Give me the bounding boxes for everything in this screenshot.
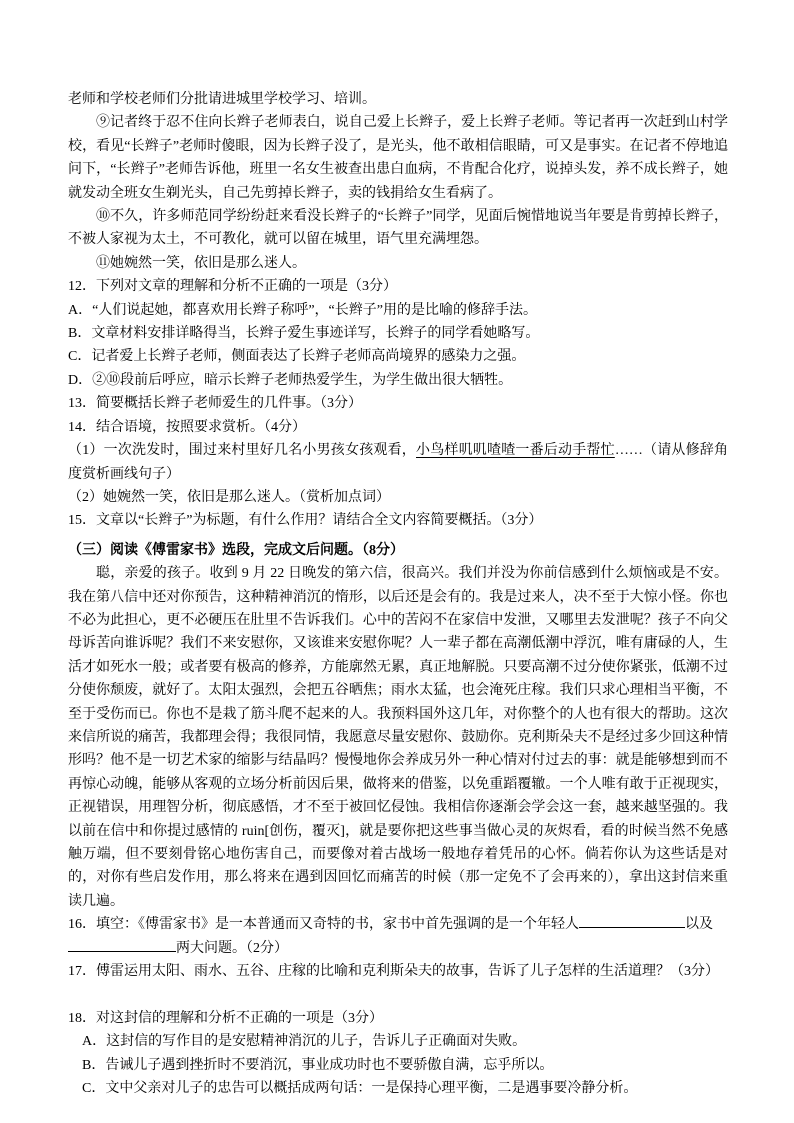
- text-run: C．记者爱上长辫子老师，侧面表达了长辫子老师高尚境界的感染力之强。: [68, 349, 525, 364]
- question-12-option-d: D．②⑩段前后呼应，暗示长辫子老师热爱学生，为学生做出很大牺牲。: [68, 369, 728, 392]
- text-run: B．文章材料安排详略得当，长辫子爱生事迹详写，长辫子的同学看她略写。: [68, 326, 539, 341]
- text-run: 12．下列对文章的理解和分析不正确的一项是（3分）: [68, 279, 397, 294]
- question-16-line-1: 16．填空：《傅雷家书》是一本普通而又奇特的书，家书中首先强调的是一个年轻人以及: [68, 913, 728, 936]
- text-run: 17．傅雷运用太阳、雨水、五谷、庄稼的比喻和克利斯朵夫的故事，告诉了儿子怎样的生…: [68, 964, 719, 979]
- text-run: 14．结合语境，按照要求赏析。（4分）: [68, 420, 306, 435]
- paragraph-11: ⑪她婉然一笑，依旧是那么迷人。: [68, 252, 728, 275]
- question-18: 18．对这封信的理解和分析不正确的一项是（3分）: [68, 1007, 728, 1030]
- text-run: 两大问题。（2分）: [176, 941, 288, 956]
- text-run: 老师和学校老师们分批请进城里学校学习、培训。: [68, 92, 376, 107]
- text-run: 以及: [685, 917, 713, 932]
- text-run: ⑨记者终于忍不住向长辫子老师表白，说自己爱上长辫子，爱上长辫子老师。等记者再一次…: [68, 115, 728, 200]
- text-run: 16．填空：《傅雷家书》是一本普通而又奇特的书，家书中首先强调的是一个年轻人: [68, 917, 579, 932]
- fill-in-blank-line: [579, 914, 685, 928]
- question-14: 14．结合语境，按照要求赏析。（4分）: [68, 416, 728, 439]
- text-run: A．“人们说起她，都喜欢用长辫子称呼”，“长辫子”用的是比喻的修辞手法。: [68, 303, 537, 318]
- text-run: （2）她婉然一笑，依旧是那么迷人。（赏析加点词）: [68, 490, 390, 505]
- question-14-part-1: （1）一次洗发时，围过来村里好几名小男孩女孩观看，小鸟样叽叽喳喳一番后动手帮忙……: [68, 439, 728, 486]
- question-14-part-2: （2）她婉然一笑，依旧是那么迷人。（赏析加点词）: [68, 486, 728, 509]
- question-18-option-a: A．这封信的写作目的是安慰精神消沉的儿子，告诉儿子正确面对失败。: [68, 1030, 728, 1053]
- underlined-text: 小鸟样叽叽喳喳一番后动手帮忙: [416, 443, 615, 458]
- text-run: ⑩不久，许多师范同学纷纷赶来看没长辫子的“长辫子”同学，见面后惋惜地说当年要是肯…: [68, 209, 728, 247]
- section-3-heading: （三）阅读《傅雷家书》选段，完成文后问题。（8分）: [68, 539, 728, 562]
- document-page: 老师和学校老师们分批请进城里学校学习、培训。⑨记者终于忍不住向长辫子老师表白，说…: [0, 0, 794, 1123]
- fulei-letter-paragraph: 聪，亲爱的孩子。收到 9 月 22 日晚发的第六信，很高兴。我们并没为你前信感到…: [68, 562, 728, 913]
- question-13: 13．简要概括长辫子老师爱生的几件事。（3分）: [68, 392, 728, 415]
- text-run: （三）阅读《傅雷家书》选段，完成文后问题。（8分）: [68, 543, 404, 558]
- question-12-option-b: B．文章材料安排详略得当，长辫子爱生事迹详写，长辫子的同学看她略写。: [68, 322, 728, 345]
- text-run: ⑪她婉然一笑，依旧是那么迷人。: [96, 256, 306, 271]
- question-15: 15．文章以“长辫子”为标题，有什么作用？请结合全文内容简要概括。（3分）: [68, 509, 728, 532]
- question-18-option-c: C．文中父亲对儿子的忠告可以概括成两句话：一是保持心理平衡，二是遇事要冷静分析。: [68, 1077, 728, 1100]
- question-12: 12．下列对文章的理解和分析不正确的一项是（3分）: [68, 275, 728, 298]
- text-run: B．告诫儿子遇到挫折时不要消沉，事业成功时也不要骄傲自满，忘乎所以。: [82, 1058, 553, 1073]
- text-run: C．文中父亲对儿子的忠告可以概括成两句话：一是保持心理平衡，二是遇事要冷静分析。: [82, 1081, 637, 1096]
- text-run: D．②⑩段前后呼应，暗示长辫子老师热爱学生，为学生做出很大牺牲。: [68, 373, 512, 388]
- blank-line: [68, 983, 728, 1006]
- question-12-option-c: C．记者爱上长辫子老师，侧面表达了长辫子老师高尚境界的感染力之强。: [68, 345, 728, 368]
- text-run: 18．对这封信的理解和分析不正确的一项是（3分）: [68, 1011, 383, 1026]
- paragraph-9: ⑨记者终于忍不住向长辫子老师表白，说自己爱上长辫子，爱上长辫子老师。等记者再一次…: [68, 111, 728, 205]
- question-17: 17．傅雷运用太阳、雨水、五谷、庄稼的比喻和克利斯朵夫的故事，告诉了儿子怎样的生…: [68, 960, 728, 983]
- question-18-option-b: B．告诫儿子遇到挫折时不要消沉，事业成功时也不要骄傲自满，忘乎所以。: [68, 1054, 728, 1077]
- page-content: 老师和学校老师们分批请进城里学校学习、培训。⑨记者终于忍不住向长辫子老师表白，说…: [68, 88, 728, 1100]
- text-run: （1）一次洗发时，围过来村里好几名小男孩女孩观看，: [68, 443, 416, 458]
- question-16-line-2: 两大问题。（2分）: [68, 937, 728, 960]
- text-run: 13．简要概括长辫子老师爱生的几件事。（3分）: [68, 396, 362, 411]
- text-run: 15．文章以“长辫子”为标题，有什么作用？请结合全文内容简要概括。（3分）: [68, 513, 542, 528]
- text-run: A．这封信的写作目的是安慰精神消沉的儿子，告诉儿子正确面对失败。: [82, 1034, 526, 1049]
- question-12-option-a: A．“人们说起她，都喜欢用长辫子称呼”，“长辫子”用的是比喻的修辞手法。: [68, 299, 728, 322]
- text-run: 聪，亲爱的孩子。收到 9 月 22 日晚发的第六信，很高兴。我们并没为你前信感到…: [68, 566, 728, 909]
- paragraph-10: ⑩不久，许多师范同学纷纷赶来看没长辫子的“长辫子”同学，见面后惋惜地说当年要是肯…: [68, 205, 728, 252]
- fill-in-blank-line: [68, 938, 176, 952]
- paragraph-continuation: 老师和学校老师们分批请进城里学校学习、培训。: [68, 88, 728, 111]
